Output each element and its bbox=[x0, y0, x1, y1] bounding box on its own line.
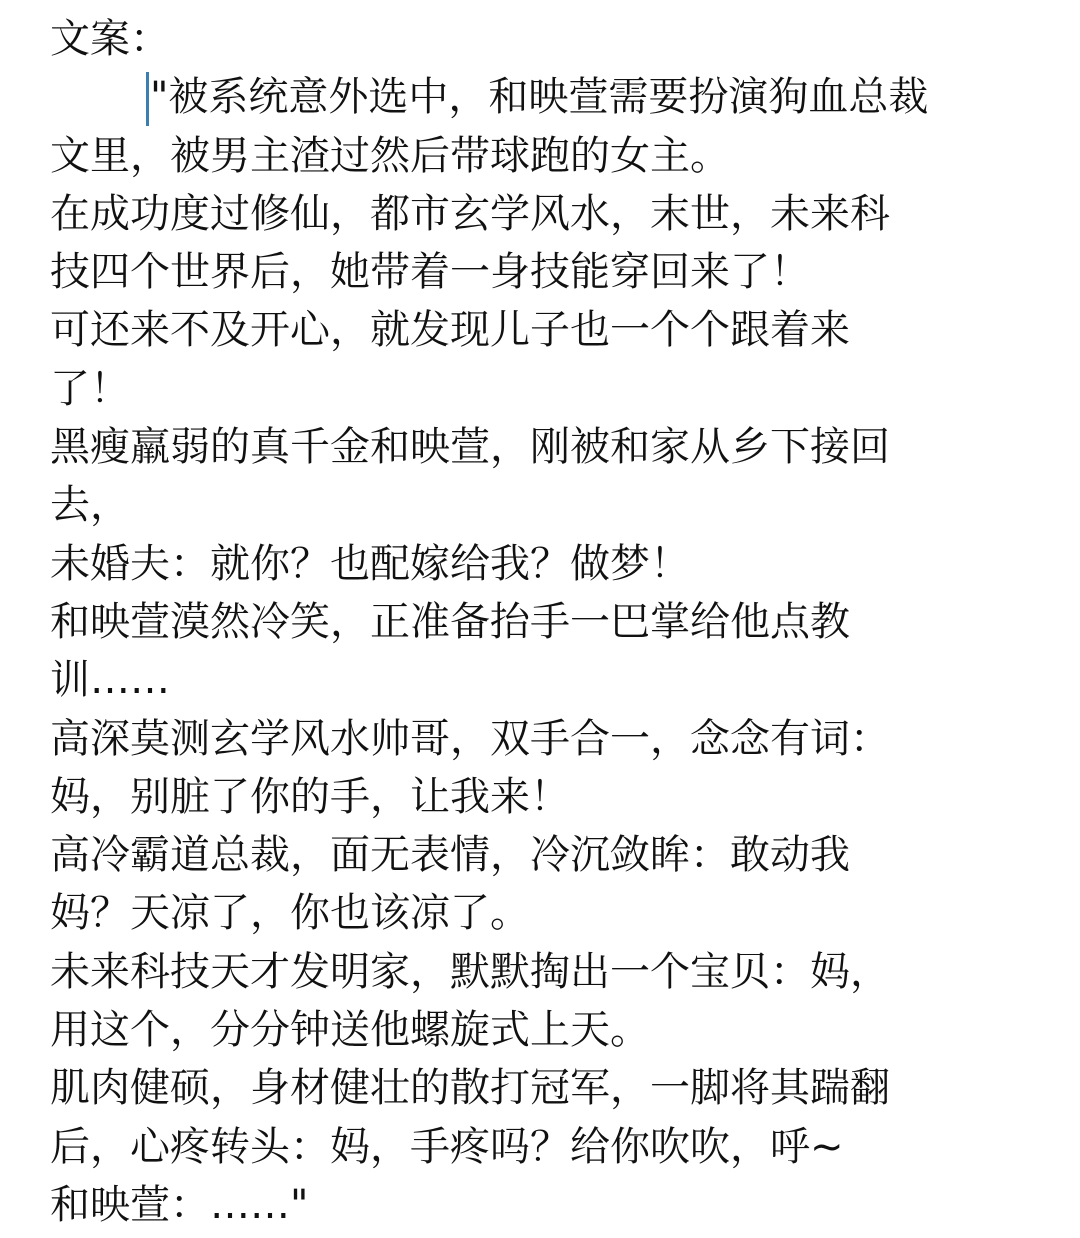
paragraph-line-first[interactable]: "被系统意外选中，和映萱需要扮演狗血总裁 bbox=[50, 68, 1050, 126]
text-line: 技四个世界后，她带着一身技能穿回来了！ bbox=[50, 243, 1050, 301]
text-line: 黑瘦羸弱的真千金和映萱，刚被和家从乡下接回 bbox=[50, 418, 1050, 476]
text-line: 训…… bbox=[50, 651, 1050, 709]
text-line: 和映萱：……" bbox=[50, 1176, 1050, 1234]
text-line: 和映萱漠然冷笑，正准备抬手一巴掌给他点教 bbox=[50, 593, 1050, 651]
text-line: 在成功度过修仙，都市玄学风水，末世，未来科 bbox=[50, 185, 1050, 243]
text-line: 高冷霸道总裁，面无表情，冷沉敛眸：敢动我 bbox=[50, 826, 1050, 884]
text-line: 了！ bbox=[50, 360, 1050, 418]
text-line: 妈，别脏了你的手，让我来！ bbox=[50, 768, 1050, 826]
text-line: 妈？天凉了，你也该凉了。 bbox=[50, 884, 1050, 942]
text-line: 未来科技天才发明家，默默掏出一个宝贝：妈， bbox=[50, 943, 1050, 1001]
text-line: 文里，被男主渣过然后带球跑的女主。 bbox=[50, 127, 1050, 185]
heading: 文案： bbox=[50, 10, 1050, 68]
text-line: 肌肉健硕，身材健壮的散打冠军，一脚将其踹翻 bbox=[50, 1059, 1050, 1117]
text-line: 高深莫测玄学风水帅哥，双手合一，念念有词： bbox=[50, 710, 1050, 768]
text-line: "被系统意外选中，和映萱需要扮演狗血总裁 bbox=[146, 74, 928, 120]
text-line: 去， bbox=[50, 476, 1050, 534]
document-body[interactable]: 文案： "被系统意外选中，和映萱需要扮演狗血总裁 文里，被男主渣过然后带球跑的女… bbox=[50, 10, 1050, 1234]
text-line: 未婚夫：就你？也配嫁给我？做梦！ bbox=[50, 535, 1050, 593]
text-line: 后，心疼转头：妈，手疼吗？给你吹吹，呼~ bbox=[50, 1118, 1050, 1176]
text-cursor bbox=[146, 72, 149, 126]
text-line: 可还来不及开心，就发现儿子也一个个跟着来 bbox=[50, 301, 1050, 359]
text-line: 用这个，分分钟送他螺旋式上天。 bbox=[50, 1001, 1050, 1059]
